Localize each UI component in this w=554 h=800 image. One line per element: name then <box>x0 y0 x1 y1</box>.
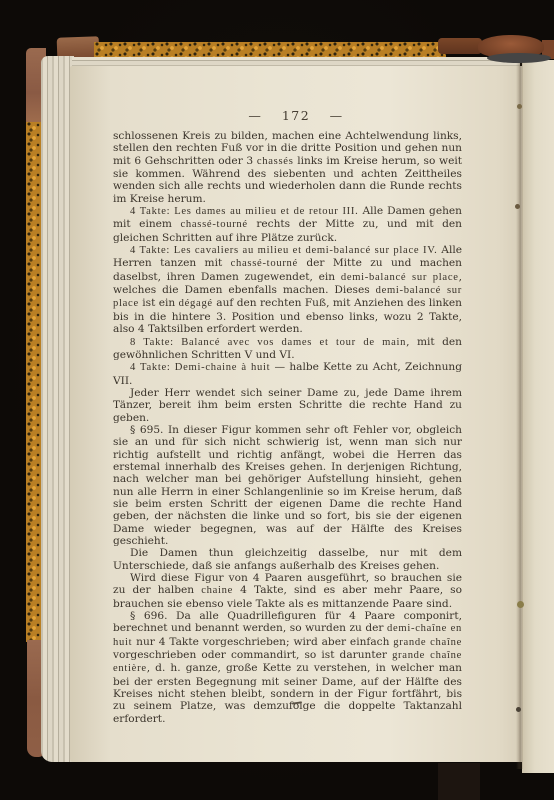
paragraph-7: § 695. In dieser Figur kommen sehr oft F… <box>113 424 462 547</box>
antiqua-text: demi-balancé sur place <box>341 272 459 283</box>
spine-band <box>487 53 551 63</box>
marbled-top-edge <box>94 42 446 57</box>
antiqua-text: 8 Takte: Balancé avec vos dames et tour … <box>130 337 406 348</box>
paragraph-1: schlossenen Kreis zu bilden, machen eine… <box>113 130 462 205</box>
paragraph-9: Wird diese Figur von 4 Paaren ausgeführt… <box>113 572 462 610</box>
page-number: — 172 — <box>70 108 522 123</box>
antiqua-text: dégagé <box>179 298 213 309</box>
fraktur-text: Jeder Herr wendet sich seiner Dame zu, j… <box>113 387 462 424</box>
fraktur-text: ist ein <box>139 297 179 309</box>
fraktur-text: Die Damen thun gleichzeitig dasselbe, nu… <box>113 547 462 571</box>
paragraph-2: 4 Takte: Les dames au milieu et de retou… <box>113 205 462 244</box>
page-content: — 172 — schlossenen Kreis zu bilden, mac… <box>70 66 522 762</box>
antiqua-text: 4 Takte: Les dames au milieu et de retou… <box>130 206 358 217</box>
antiqua-text: chassé-tourné <box>231 258 298 269</box>
antiqua-text: chaine <box>201 585 233 596</box>
paragraph-3: 4 Takte: Les cavaliers au milieu et demi… <box>113 244 462 335</box>
body-text: schlossenen Kreis zu bilden, machen eine… <box>113 130 462 725</box>
fraktur-text: nur 4 Takte vorgeschrieben; wird aber ei… <box>132 636 393 648</box>
shadow-patch <box>438 763 480 800</box>
antiqua-text: chassé-tourné <box>180 219 247 230</box>
antiqua-text: 4 Takte: Les cavaliers au milieu et demi… <box>130 245 438 256</box>
paragraph-10: § 696. Da alle Quadrillefiguren für 4 Pa… <box>113 610 462 725</box>
book-photo: — 172 — schlossenen Kreis zu bilden, mac… <box>0 0 554 800</box>
fraktur-text: vorgeschrieben oder commandirt, so ist d… <box>113 649 392 661</box>
fraktur-text: , d. h. ganze, große Kette zu verstehen,… <box>113 662 462 724</box>
paragraph-4: 8 Takte: Balancé avec vos dames et tour … <box>113 336 462 362</box>
fraktur-text: § 695. In dieser Figur kommen sehr oft F… <box>113 424 462 547</box>
paragraph-6: Jeder Herr wendet sich seiner Dame zu, j… <box>113 387 462 424</box>
spine-leather <box>438 38 482 54</box>
paragraph-5: 4 Takte: Demi-chaine à huit — halbe Kett… <box>113 361 462 387</box>
paragraph-8: Die Damen thun gleichzeitig dasselbe, nu… <box>113 547 462 572</box>
antiqua-text: chassés <box>257 156 294 167</box>
antiqua-text: grande chaîne <box>393 637 462 648</box>
facing-page-sliver <box>522 60 554 773</box>
antiqua-text: 4 Takte: Demi-chaine à huit <box>130 362 270 373</box>
